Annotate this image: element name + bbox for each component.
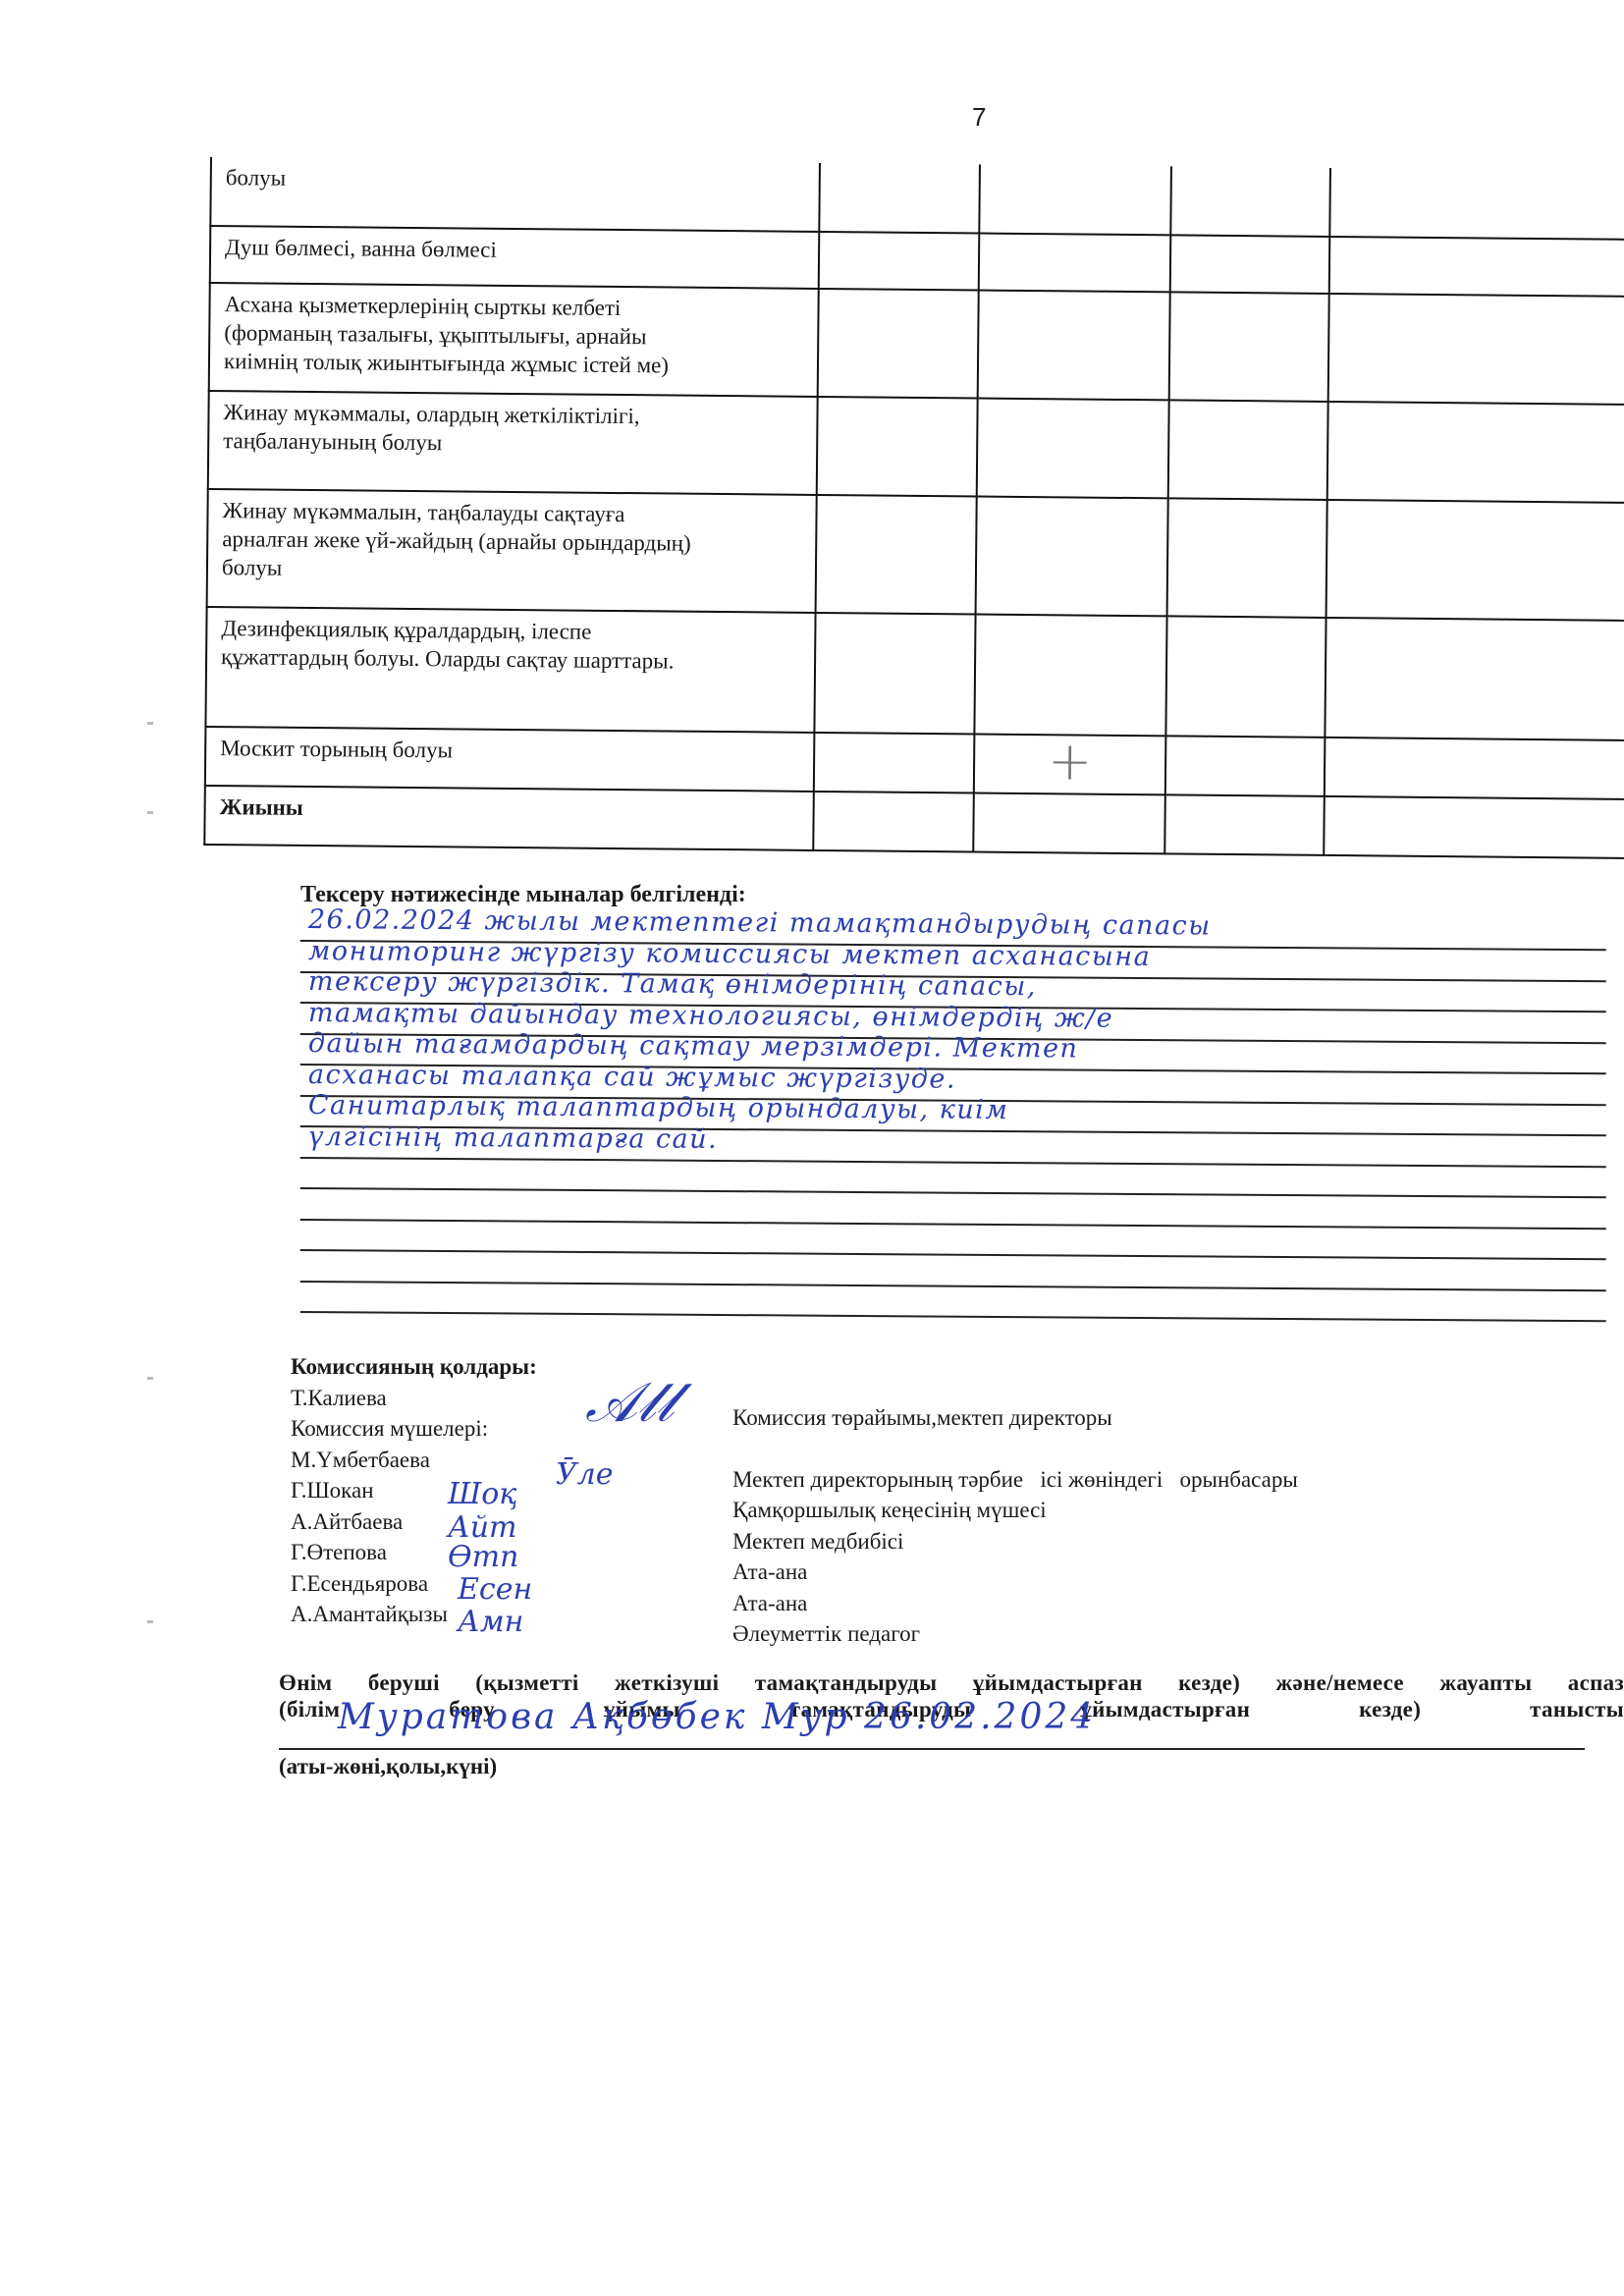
criterion-cell: Душ бөлмесі, ванна бөлмесі <box>210 226 820 289</box>
chair-name: Т.Калиева <box>291 1383 537 1414</box>
criterion-text: құжаттардың болуы. Оларды сақтау шарттар… <box>221 642 800 677</box>
provider-handwritten-signature: Муратова Ақбөбек Мур 26.02.2024 <box>338 1697 1096 1737</box>
scan-artifact <box>147 722 153 725</box>
chair-role: Комиссия төрайымы,мектеп директоры <box>732 1402 1298 1434</box>
mark-cell <box>979 165 1171 236</box>
findings-title: Тексеру нәтижесінде мыналар белгіленді: <box>300 882 1606 908</box>
mark-cell <box>818 289 979 399</box>
mark-cell <box>976 497 1168 617</box>
handwritten-text: Санитарлық талаптардың орындалуы, киім <box>308 1090 1009 1125</box>
mark-cell <box>1165 616 1326 738</box>
mark-cell <box>813 792 974 852</box>
handwritten-text: асханасы талапқа сай жұмыс жүргізуде. <box>308 1060 956 1095</box>
criterion-cell: Дезинфекциялық құралдардың, ілеспеқұжатт… <box>205 607 815 733</box>
chair-signature: 𝒜𝓁𝓁 <box>585 1371 674 1436</box>
table-row: Дезинфекциялық құралдардың, ілеспеқұжатт… <box>205 607 1624 741</box>
member-role: Қамқоршылық кеңесінің мүшесі <box>732 1495 1298 1526</box>
mark-cell <box>814 733 975 793</box>
scan-artifact <box>147 811 153 814</box>
mark-cell <box>819 232 980 291</box>
page-number: 7 <box>972 102 986 133</box>
mark-cell <box>1167 498 1327 618</box>
criterion-cell: Жинау мүкәммалын, таңбалауды сақтауғаарн… <box>207 489 817 613</box>
mark-cell <box>977 399 1169 499</box>
mark-cell <box>1324 796 1624 859</box>
criterion-text: Душ бөлмесі, ванна бөлмесі <box>225 233 804 267</box>
criterion-cell: Жиыны <box>204 786 814 850</box>
criterion-text: таңбалануының болуы <box>223 426 802 461</box>
mark-cell <box>1169 292 1329 402</box>
criterion-text: Жиыны <box>220 793 799 827</box>
mark-cell <box>978 291 1170 401</box>
member-role: Мектеп медбибісі <box>732 1526 1298 1558</box>
members-label: Комиссия мүшелері: <box>291 1413 537 1445</box>
member-signature: Есен <box>458 1572 532 1607</box>
criterion-text: болуы <box>222 553 801 587</box>
member-role: Ата-ана <box>732 1588 1298 1619</box>
criterion-text: киімнің толық жиынтығында жұмыс істей ме… <box>224 347 803 381</box>
provider-signature-line: Муратова Ақбөбек Мур 26.02.2024 <box>279 1719 1585 1750</box>
mark-cell <box>1329 168 1624 241</box>
member-signature: Ӯле <box>556 1457 614 1492</box>
mark-cell <box>817 397 978 497</box>
criterion-cell: Москит торының болуы <box>205 727 815 792</box>
mark-cell <box>1327 402 1624 504</box>
criterion-cell: Асхана қызметкерлерінің сырткы келбеті(ф… <box>209 283 819 397</box>
criterion-text: болуы <box>226 163 805 197</box>
findings-section: Тексеру нәтижесінде мыналар белгіленді: … <box>300 882 1606 1313</box>
table-row: Жиыны <box>204 786 1624 859</box>
mark-cell <box>819 163 980 234</box>
member-name: М.Үмбетбаева <box>291 1445 537 1476</box>
member-role: Әлеуметтік педагог <box>732 1618 1298 1650</box>
mark-cell <box>1326 500 1624 622</box>
provider-line-1: Өнім беруші (қызметті жеткізуші тамақтан… <box>279 1669 1624 1696</box>
mark-cell <box>1168 400 1328 500</box>
mark-cell <box>1165 736 1326 796</box>
mark-value: + <box>1048 741 1093 781</box>
scan-artifact <box>147 1620 153 1623</box>
mark-cell: + <box>974 734 1166 794</box>
member-role: Ата-ана <box>732 1557 1298 1588</box>
table-row: Асхана қызметкерлерінің сырткы келбеті(ф… <box>209 283 1624 406</box>
handwritten-text: үлгісінің талаптарға сай. <box>308 1121 718 1155</box>
handwritten-text: дайын тағамдардың сақтау мерзімдері. Мек… <box>308 1028 1079 1064</box>
member-signature: Шоқ <box>448 1477 516 1511</box>
inspection-table: болуыДуш бөлмесі, ванна бөлмесіАсхана қы… <box>203 157 1624 859</box>
member-role: Мектеп директорының тәрбие ісі жөніндегі… <box>732 1464 1298 1496</box>
member-signature: Өтп <box>448 1540 518 1574</box>
provider-acknowledgement: Өнім беруші (қызметті жеткізуші тамақтан… <box>279 1669 1624 1779</box>
mark-cell <box>1328 294 1624 406</box>
mark-cell <box>1170 166 1330 237</box>
mark-cell <box>816 495 977 615</box>
findings-handwritten-notes: 26.02.2024 жылы мектептегі тамақтандыруд… <box>300 910 1606 1313</box>
provider-caption: (аты-жөні,қолы,күні) <box>279 1754 1624 1779</box>
mark-cell <box>973 793 1165 853</box>
handwritten-text: тексеру жүргіздік. Тамақ өнімдерінің сап… <box>308 966 1037 1002</box>
criterion-cell: болуы <box>210 157 820 232</box>
member-signature: Амн <box>458 1605 523 1639</box>
mark-cell <box>1329 237 1624 298</box>
criterion-text: арналған жеке үй-жайдың (арнайы орындард… <box>222 524 801 559</box>
mark-cell <box>974 615 1166 737</box>
signatory-roles: Комиссия төрайымы,мектеп директоры Мекте… <box>732 1402 1298 1650</box>
criterion-text: Москит торының болуы <box>220 734 799 768</box>
scan-artifact <box>147 1377 153 1380</box>
handwritten-text: 26.02.2024 жылы мектептегі тамақтандыруд… <box>308 904 1212 941</box>
mark-cell <box>979 234 1171 293</box>
signatures-title: Комиссияның қолдары: <box>291 1351 537 1383</box>
inspection-checklist-table: болуыДуш бөлмесі, ванна бөлмесіАсхана қы… <box>203 157 1624 860</box>
mark-cell <box>1164 794 1325 855</box>
mark-cell <box>1325 618 1624 741</box>
criterion-cell: Жинау мүкәммалы, олардың жеткіліктілігі,… <box>208 391 818 495</box>
mark-cell <box>814 613 975 735</box>
handwritten-text: тамақты дайындау технологиясы, өнімдерді… <box>308 998 1113 1034</box>
mark-cell <box>1170 235 1330 294</box>
table-row: Жинау мүкәммалын, таңбалауды сақтауғаарн… <box>207 489 1624 622</box>
mark-cell <box>1325 738 1624 800</box>
table-row: Жинау мүкәммалы, олардың жеткіліктілігі,… <box>208 391 1624 504</box>
